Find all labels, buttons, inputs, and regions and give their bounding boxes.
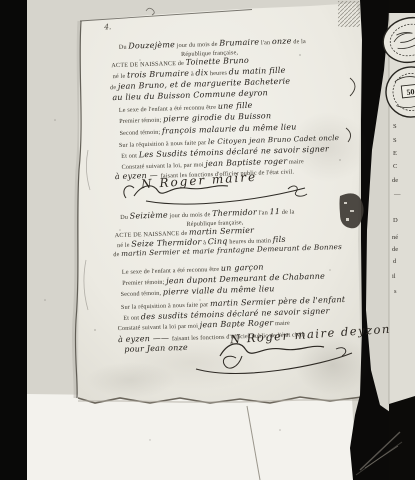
strip-fragment: s [394, 288, 397, 295]
strip-fragment: de [392, 177, 398, 184]
handwritten-segment: pour Jean onze [124, 343, 188, 354]
handwritten-segment: martin Sermier et marie frantagne Demeur… [121, 242, 342, 258]
scanned-register-page: 50 [0, 0, 415, 480]
page-number: 4. [104, 22, 111, 31]
strip-fragment: S [393, 137, 397, 144]
printed-segment: l'an [259, 39, 272, 46]
strip-fragment: — [394, 191, 401, 198]
printed-segment: de [113, 251, 121, 258]
printed-segment: Du [119, 44, 129, 51]
strip-fragment: de [392, 246, 398, 253]
strip-fragment: D [393, 217, 398, 224]
strip-fragment: C [393, 163, 397, 170]
handwritten-segment: Seizième [130, 210, 168, 220]
handwritten-segment: onze [272, 36, 292, 46]
strip-fragment: S [393, 123, 397, 130]
adjacent-page-top-shadow [389, 0, 415, 13]
printed-segment: de la [280, 208, 295, 215]
stamp-value-label: 50 [406, 87, 415, 97]
handwritten-segment: Douzejème [128, 40, 175, 50]
printed-segment: Du [120, 214, 130, 221]
strip-fragment: d [393, 258, 396, 265]
handwritten-segment: 11 [269, 207, 280, 216]
strip-fragment: né [392, 234, 398, 241]
strip-fragment: il [392, 273, 396, 280]
strip-fragment: E [393, 150, 397, 157]
register-sheet: 4. Du Douzejème jour du mois de Brumaire… [84, 13, 398, 462]
act2-postscript: pour Jean onze [124, 337, 188, 357]
printed-segment: l'an [257, 209, 270, 216]
printed-segment: de la [291, 38, 306, 45]
